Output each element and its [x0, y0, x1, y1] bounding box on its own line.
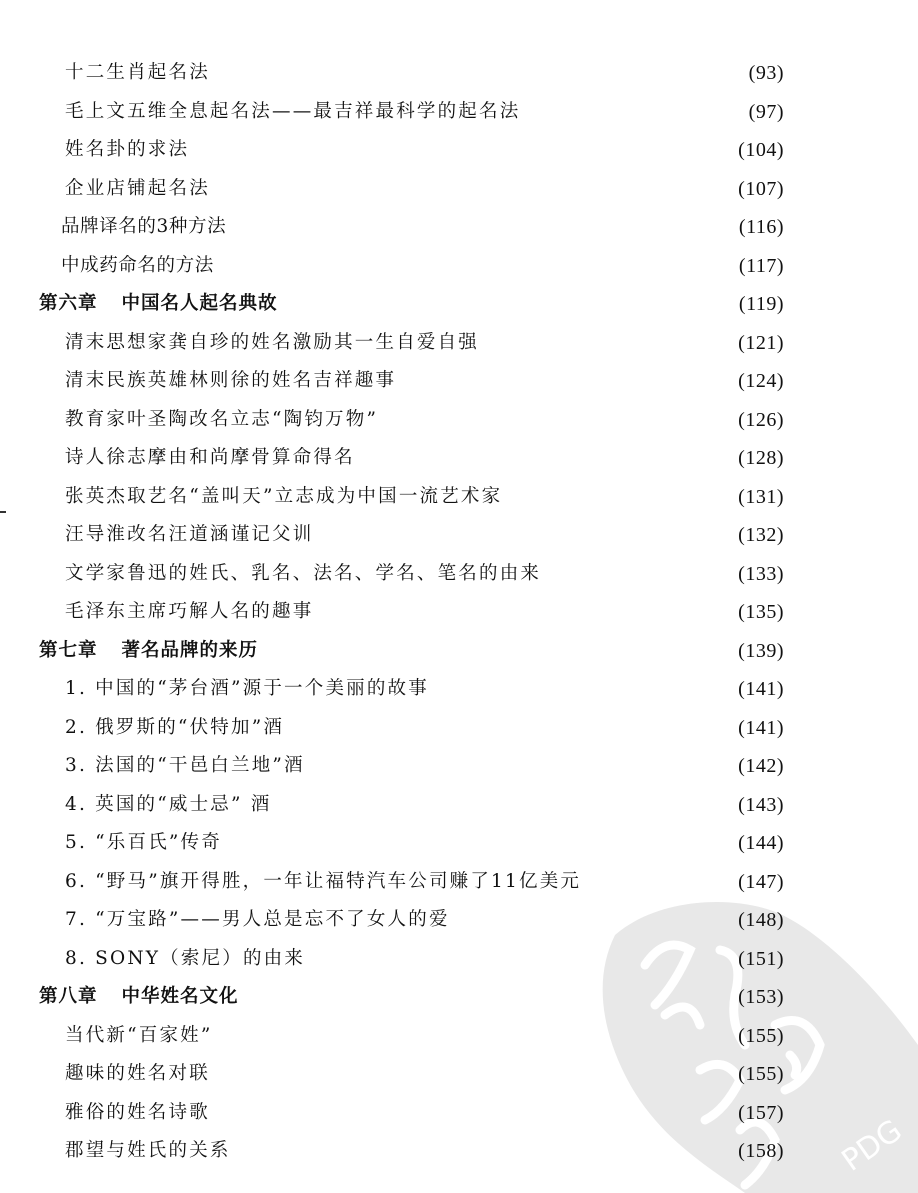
entry-title: 汪导淮改名汪道涵谨记父训 [65, 520, 313, 550]
entry-title: 企业店铺起名法 [65, 174, 210, 204]
chapter-name: 著名品牌的来历 [122, 640, 259, 661]
dot-leader [530, 97, 740, 127]
chapter-title: 第七章著名品牌的来历 [39, 636, 258, 666]
page-number: (155) [738, 1021, 784, 1051]
page-number: (139) [738, 636, 784, 666]
entry-title: 清末思想家龚自珍的姓名激励其一生自爱自强 [65, 328, 479, 358]
page-number: (124) [738, 366, 784, 396]
scan-artifact [0, 511, 6, 513]
page-number: (153) [738, 982, 784, 1012]
page-number: (135) [738, 597, 784, 627]
entry-title: 中成药命名的方法 [61, 251, 214, 281]
toc-entry[interactable]: 2. 俄罗斯的“伏特加”酒(141) [65, 713, 784, 743]
toc-entry[interactable]: 7. “万宝路”——男人总是忘不了女人的爱(148) [65, 905, 784, 935]
toc-chapter-heading[interactable]: 第六章中国名人起名典故(119) [39, 289, 784, 319]
page-number: (119) [739, 289, 784, 319]
toc-entry[interactable]: 郡望与姓氏的关系(158) [65, 1136, 784, 1166]
chapter-title: 第六章中国名人起名典故 [39, 289, 278, 319]
toc-entry[interactable]: 清末民族英雄林则徐的姓名吉祥趣事(124) [65, 366, 784, 396]
entry-title: 5. “乐百氏”传奇 [65, 828, 222, 858]
page-number: (117) [739, 251, 784, 281]
page-number: (132) [738, 520, 784, 550]
dot-leader [268, 636, 730, 666]
page-number: (128) [738, 443, 784, 473]
toc-entry[interactable]: 4. 英国的“威士忌” 酒(143) [65, 790, 784, 820]
page-number: (116) [739, 212, 784, 242]
chapter-name: 中国名人起名典故 [122, 293, 278, 314]
entry-title: 品牌译名的3种方法 [61, 212, 226, 242]
entry-title: 雅俗的姓名诗歌 [65, 1098, 210, 1128]
dot-leader [406, 366, 730, 396]
entry-title: 8. SONY（索尼）的由来 [65, 944, 305, 974]
page-number: (158) [738, 1136, 784, 1166]
toc-entry[interactable]: 当代新“百家姓”(155) [65, 1021, 784, 1051]
toc-entry[interactable]: 1. 中国的“茅台酒”源于一个美丽的故事(141) [65, 674, 784, 704]
toc-entry[interactable]: 十二生肖起名法(93) [65, 58, 784, 88]
dot-leader [294, 713, 730, 743]
dot-leader [323, 597, 730, 627]
dot-leader [489, 328, 730, 358]
entry-title: 张英杰取艺名“盖叫天”立志成为中国一流艺术家 [65, 482, 502, 512]
page-number: (93) [749, 58, 784, 88]
toc-entry[interactable]: 张英杰取艺名“盖叫天”立志成为中国一流艺术家(131) [65, 482, 784, 512]
entry-title: 毛泽东主席巧解人名的趣事 [65, 597, 313, 627]
dot-leader [249, 982, 731, 1012]
dot-leader [223, 1021, 731, 1051]
dot-leader [512, 482, 730, 512]
toc-entry[interactable]: 姓名卦的求法(104) [65, 135, 784, 165]
chapter-number: 第八章 [39, 986, 98, 1007]
chapter-title: 第八章中华姓名文化 [39, 982, 239, 1012]
toc-entry[interactable]: 趣味的姓名对联(155) [65, 1059, 784, 1089]
dot-leader [281, 790, 730, 820]
dot-leader [199, 135, 730, 165]
dot-leader [323, 520, 730, 550]
dot-leader [224, 251, 731, 281]
toc-entry[interactable]: 雅俗的姓名诗歌(157) [65, 1098, 784, 1128]
page-number: (148) [738, 905, 784, 935]
page-number: (141) [738, 713, 784, 743]
dot-leader [388, 405, 730, 435]
toc-entry[interactable]: 企业店铺起名法(107) [65, 174, 784, 204]
entry-title: 姓名卦的求法 [65, 135, 189, 165]
page-number: (121) [738, 328, 784, 358]
page-number: (131) [738, 482, 784, 512]
entry-title: 教育家叶圣陶改名立志“陶钧万物” [65, 405, 378, 435]
entry-title: 清末民族英雄林则徐的姓名吉祥趣事 [65, 366, 396, 396]
page-number: (157) [738, 1098, 784, 1128]
dot-leader [439, 674, 730, 704]
page-number: (143) [738, 790, 784, 820]
page-number: (133) [738, 559, 784, 589]
entry-title: 诗人徐志摩由和尚摩骨算命得名 [65, 443, 355, 473]
toc-entry[interactable]: 5. “乐百氏”传奇(144) [65, 828, 784, 858]
entry-title: 趣味的姓名对联 [65, 1059, 210, 1089]
entry-title: 7. “万宝路”——男人总是忘不了女人的爱 [65, 905, 450, 935]
page-number: (97) [749, 97, 784, 127]
entry-title: 文学家鲁迅的姓氏、乳名、法名、学名、笔名的由来 [65, 559, 541, 589]
toc-chapter-heading[interactable]: 第七章著名品牌的来历(139) [39, 636, 784, 666]
page-number: (147) [738, 867, 784, 897]
entry-title: 当代新“百家姓” [65, 1021, 213, 1051]
page-number: (151) [738, 944, 784, 974]
toc-entry[interactable]: 3. 法国的“干邑白兰地”酒(142) [65, 751, 784, 781]
entry-title: 十二生肖起名法 [65, 58, 210, 88]
dot-leader [315, 944, 730, 974]
toc-entry[interactable]: 文学家鲁迅的姓氏、乳名、法名、学名、笔名的由来(133) [65, 559, 784, 589]
toc-entry[interactable]: 品牌译名的3种方法(116) [61, 212, 784, 242]
toc-chapter-heading[interactable]: 第八章中华姓名文化(153) [39, 982, 784, 1012]
chapter-name: 中华姓名文化 [122, 986, 239, 1007]
toc-entry[interactable]: 教育家叶圣陶改名立志“陶钧万物”(126) [65, 405, 784, 435]
entry-title: 毛上文五维全息起名法——最吉祥最科学的起名法 [65, 97, 520, 127]
page-number: (144) [738, 828, 784, 858]
page-number: (126) [738, 405, 784, 435]
dot-leader [551, 559, 730, 589]
toc-entry[interactable]: 6. “野马”旗开得胜，一年让福特汽车公司赚了11亿美元(147) [65, 867, 784, 897]
toc-entry[interactable]: 诗人徐志摩由和尚摩骨算命得名(128) [65, 443, 784, 473]
page-number: (107) [738, 174, 784, 204]
dot-leader [220, 1098, 730, 1128]
entry-title: 1. 中国的“茅台酒”源于一个美丽的故事 [65, 674, 429, 704]
toc-entry[interactable]: 毛泽东主席巧解人名的趣事(135) [65, 597, 784, 627]
dot-leader [220, 58, 741, 88]
dot-leader [236, 212, 731, 242]
page-number: (141) [738, 674, 784, 704]
page-number: (104) [738, 135, 784, 165]
toc-entry[interactable]: 8. SONY（索尼）的由来(151) [65, 944, 784, 974]
dot-leader [315, 751, 730, 781]
dot-leader [365, 443, 730, 473]
dot-leader [220, 174, 730, 204]
chapter-number: 第六章 [39, 293, 98, 314]
toc-entry[interactable]: 中成药命名的方法(117) [61, 251, 784, 281]
entry-title: 2. 俄罗斯的“伏特加”酒 [65, 713, 284, 743]
dot-leader [591, 867, 730, 897]
dot-leader [220, 1059, 730, 1089]
entry-title: 3. 法国的“干邑白兰地”酒 [65, 751, 305, 781]
dot-leader [460, 905, 731, 935]
entry-title: 郡望与姓氏的关系 [65, 1136, 231, 1166]
toc-entry[interactable]: 清末思想家龚自珍的姓名激励其一生自爱自强(121) [65, 328, 784, 358]
toc-entry[interactable]: 毛上文五维全息起名法——最吉祥最科学的起名法(97) [65, 97, 784, 127]
entry-title: 6. “野马”旗开得胜，一年让福特汽车公司赚了11亿美元 [65, 867, 581, 897]
toc-entry[interactable]: 汪导淮改名汪道涵谨记父训(132) [65, 520, 784, 550]
document-page: PDG 十二生肖起名法(93)毛上文五维全息起名法——最吉祥最科学的起名法(97… [0, 0, 918, 1193]
entry-title: 4. 英国的“威士忌” 酒 [65, 790, 271, 820]
page-number: (155) [738, 1059, 784, 1089]
chapter-number: 第七章 [39, 640, 98, 661]
dot-leader [241, 1136, 731, 1166]
dot-leader [232, 828, 730, 858]
page-number: (142) [738, 751, 784, 781]
dot-leader [288, 289, 731, 319]
